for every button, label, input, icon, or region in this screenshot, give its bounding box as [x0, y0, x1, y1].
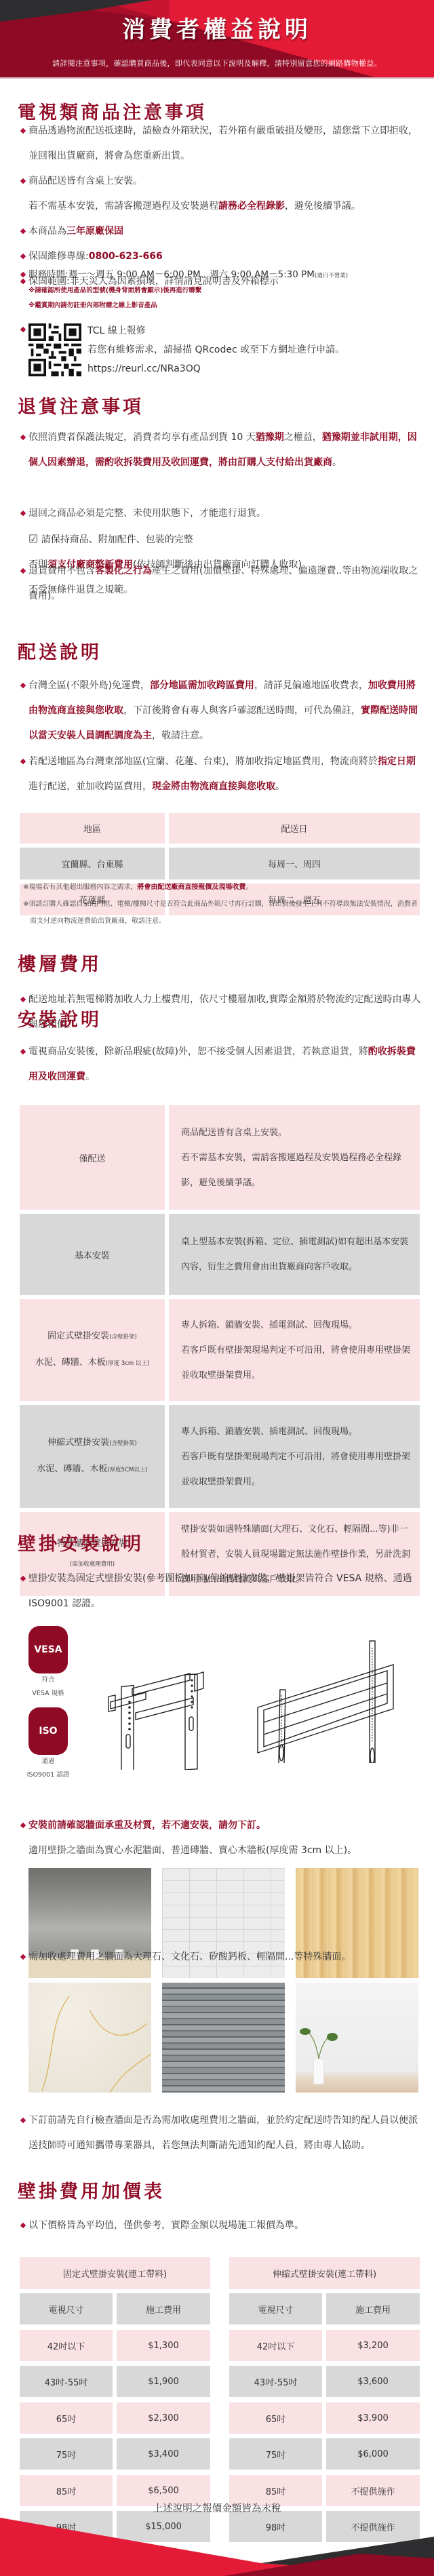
- wall-mount-bullet-1: 壁掛安裝為固定式壁掛安裝(參考圖檔如下)/伸縮壁掛安裝，壁掛架皆符合 VESA …: [21, 1566, 421, 1617]
- install-desc-basic: 桌上型基本安裝(拆箱、定位、插電測試)如有超出基本安裝內容，衍生之費用會由出貨廠…: [169, 1214, 420, 1295]
- wall-mount-bullet-special: 需加收處理費用之牆面為大理石、文化石、矽酸鈣板、輕隔間...等特殊牆面。: [21, 1945, 421, 1970]
- table-cell-delivery-day: 每周一、周四: [169, 848, 420, 879]
- price-cell-size: 75吋: [229, 2438, 322, 2470]
- vesa-badge-icon: VESA: [28, 1626, 68, 1673]
- price-header-size: 電視尺寸: [20, 2293, 113, 2324]
- price-cell-size: 42吋以下: [229, 2330, 322, 2361]
- checkbox-checked-icon: ☑: [28, 532, 38, 545]
- section-title-floor-fee: 樓層費用: [18, 949, 102, 976]
- install-type-fixed-wall-mount: 固定式壁掛安裝(含壁掛架) 水泥、磚牆、木板(厚度 3cm 以上): [20, 1299, 165, 1401]
- price-cell-fee: $3,900: [326, 2402, 420, 2434]
- section-title-delivery: 配送說明: [18, 637, 102, 664]
- install-type-basic: 基本安裝: [20, 1214, 165, 1295]
- section-title-price-table: 壁掛費用加價表: [18, 2177, 165, 2203]
- price-cell-size: 43吋-55吋: [229, 2366, 322, 2397]
- returns-bullet-3: 退貨費用不包含客製化之行為產生之費用(加價壁掛、特殊處理、偏遠運費..等由物流端…: [21, 559, 421, 609]
- install-desc-fixed-wall-mount: 專人拆箱、鎖牆安裝、插電測試、回復現場。若客戶既有壁掛架現場判定不可沿用，將會使…: [169, 1299, 420, 1401]
- section-title-wall-mount: 壁掛安裝說明: [18, 1529, 144, 1555]
- bullet-diamond-icon: [20, 327, 26, 332]
- install-type-delivery-only: 僅配送: [20, 1105, 165, 1210]
- install-type-telescopic-wall-mount: 伸縮式壁掛安裝(含壁掛架) 水泥、磚牆、木板(厚度5CM以上): [20, 1405, 165, 1508]
- price-cell-fee: $1,300: [117, 2330, 210, 2361]
- price-table-title: 伸縮式壁掛安裝(連工帶料): [229, 2257, 420, 2289]
- marble-veins-graphic: [28, 1983, 151, 2093]
- vesa-badge-caption: 符合VESA 規格: [15, 1673, 81, 1701]
- page-subtitle: 請詳閱注意事項，確認購買商品後，即代表同意以下說明及解釋，請特別留意您的網路購物…: [0, 58, 434, 68]
- online-repair-title: TCL 線上報修: [87, 321, 344, 340]
- plant-leaves-graphic: [296, 1983, 418, 2093]
- iso-badge-caption: 通過ISO9001 認證: [15, 1755, 81, 1782]
- wall-mount-bullet-check: 下訂前請先自行檢查牆面是否為需加收處理費用之牆面，並於約定配送時告知約配人員以便…: [21, 2108, 421, 2158]
- price-cell-fee: $3,600: [326, 2366, 420, 2397]
- table-header-region: 地區: [20, 813, 165, 844]
- price-cell-size: 42吋以下: [20, 2330, 113, 2361]
- consumer-rights-page: 消費者權益說明 請詳閱注意事項，確認購買商品後，即代表同意以下說明及解釋，請特別…: [0, 0, 434, 2576]
- flat-wall-bracket-illustration: [254, 1627, 403, 1763]
- fixed-wall-bracket-illustration: [105, 1654, 224, 1770]
- culture-stone-wall-photo: [162, 1983, 285, 2093]
- price-header-fee: 施工費用: [117, 2293, 210, 2324]
- hotline-number: 0800-623-666: [89, 251, 163, 262]
- price-cell-size: 43吋-55吋: [20, 2366, 113, 2397]
- iso-badge-icon: ISO: [28, 1707, 68, 1755]
- price-table-bullet-1: 以下價格皆為平均值，僅供參考，實際金額以現場施工報價為準。: [21, 2213, 421, 2238]
- delivery-bullet-1: 台灣全區(不限外島)免運費，部分地區需加收跨區費用，請詳見偏遠地區收費表，加收費…: [21, 673, 421, 749]
- install-desc-delivery-only: 商品配送皆有含桌上安裝。若不需基本安裝，需請客搬運過程及安裝過程務必全程錄影，避…: [169, 1105, 420, 1210]
- install-desc-telescopic-wall-mount: 專人拆箱、鎖牆安裝、插電測試、回復現場。若客戶既有壁掛架現場判定不可沿用，將會使…: [169, 1405, 420, 1508]
- table-header-delivery-day: 配送日: [169, 813, 420, 844]
- online-repair-desc: 若您有維修需求，請掃描 QRcodec 或至下方網址進行申請。: [87, 340, 344, 359]
- price-cell-size: 75吋: [20, 2438, 113, 2470]
- price-cell-fee: $3,200: [326, 2330, 420, 2361]
- price-table-title: 固定式壁掛安裝(連工帶料): [20, 2257, 210, 2289]
- online-repair-block: TCL 線上報修 若您有維修需求，請掃描 QRcodec 或至下方網址進行申請。…: [21, 321, 414, 389]
- price-cell-fee: $2,300: [117, 2402, 210, 2434]
- tv-notice-notes: ※請確認所使用產品的型號(機身背面將會顯示)後再進行聯繫 ※鑑賞期內請勿註冊內部…: [21, 283, 421, 313]
- delivery-notes: ※現場若有其他超出服務內容之需求，將會由配送廠商直接報價及現場收費。 ※須請訂購…: [23, 879, 419, 930]
- tv-notice-bullet-1: 商品透過物流配送抵達時，請檢查外箱狀況，若外箱有嚴重破損及變形，請您當下立即拒收…: [21, 119, 421, 169]
- wall-mount-bullet-warning: 安裝前請確認牆面承重及材質，若不適安裝，請勿下訂。適用壁掛之牆面為實心水泥牆面、…: [21, 1813, 421, 1863]
- header-banner: 消費者權益說明 請詳閱注意事項，確認購買商品後，即代表同意以下說明及解釋，請特別…: [0, 0, 434, 79]
- qr-code-icon[interactable]: [28, 321, 81, 378]
- online-repair-link[interactable]: https://reurl.cc/NRa3OQ: [87, 359, 344, 378]
- price-header-fee: 施工費用: [326, 2293, 420, 2324]
- page-title: 消費者權益說明: [0, 11, 434, 44]
- price-cell-size: 65吋: [20, 2402, 113, 2434]
- table-cell-region: 宜蘭縣、台東縣: [20, 848, 165, 879]
- delivery-bullet-2: 若配送地區為台灣東部地區(宜蘭、花蓮、台東)，將加收指定地區費用，物流商將於指定…: [21, 749, 421, 799]
- returns-bullet-1: 依照消費者保護法規定，消費者均享有產品到貨 10 天猶豫期之權益，猶豫期並非試用…: [21, 425, 421, 475]
- tv-notice-bullet-warranty: 本商品為三年原廠保固: [21, 219, 421, 244]
- install-bullet-1: 電視商品安裝後，除新品瑕疵(故障)外，恕不接受個人因素退貨，若執意退貨，將酌收拆…: [21, 1039, 421, 1090]
- marble-wall-photo: [28, 1983, 151, 2093]
- price-cell-fee: $6,000: [326, 2438, 420, 2470]
- tax-note: 上述說明之報價金額皆為未稅: [0, 2501, 434, 2515]
- section-title-install: 安裝說明: [18, 1005, 102, 1031]
- banner-divider: [0, 77, 434, 79]
- price-cell-fee: $3,400: [117, 2438, 210, 2470]
- footer-decoration-graphic: [0, 2514, 434, 2576]
- partition-wall-photo: [296, 1983, 418, 2093]
- price-header-size: 電視尺寸: [229, 2293, 322, 2324]
- price-cell-size: 65吋: [229, 2402, 322, 2434]
- tv-notice-bullet-2: 商品配送皆有含桌上安裝。 若不需基本安裝，需請客搬運過程及安裝過程請務必全程錄影…: [21, 169, 421, 219]
- section-title-returns: 退貨注意事項: [18, 392, 144, 418]
- price-cell-fee: $1,900: [117, 2366, 210, 2397]
